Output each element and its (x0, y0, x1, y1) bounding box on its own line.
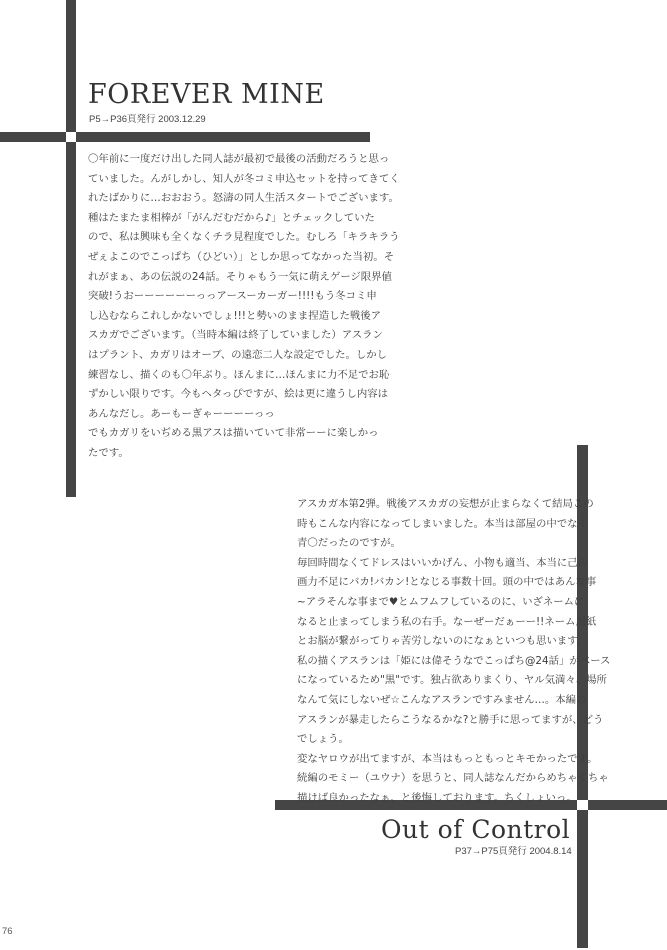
text-line: ~アラそんな事まで♥とムフムフしているのに、いざネームに (297, 593, 610, 613)
section1-subtitle: P5→P36頁発行 2003.12.29 (89, 111, 206, 125)
text-line: ので、私は興味も全くなくチラ見程度でした。むしろ「キラキラう (88, 228, 400, 248)
text-line: 私の描くアスランは「姫には偉そうなでこっぱち@24話」がベース (297, 652, 610, 672)
text-line: ていました。んがしかし、知人が冬コミ申込セットを持ってきてく (88, 170, 400, 190)
text-line: ずかしい限りです。今もヘタっぴですが、絵は更に違うし内容は (88, 385, 400, 405)
page-number: 76 (2, 926, 13, 937)
text-line: 突破!うおーーーーーーっっアースーカーガー!!!!もう冬コミ申 (88, 287, 400, 307)
horizontal-rule-top (0, 132, 370, 142)
text-line: になっているため"黒"です。独占欲ありまくり、ヤル気満々、場所 (297, 671, 610, 691)
section2-subtitle: P37→P75頁発行 2004.8.14 (455, 843, 572, 857)
text-line: でしょう。 (297, 730, 610, 750)
text-line: たです。 (88, 444, 400, 464)
section2-title: Out of Control (381, 815, 570, 844)
section2-body: アスカガ本第2弾。戦後アスカガの妄想が止まらなくて結局この時もこんな内容になって… (297, 495, 610, 809)
text-line: 変なヤロウが出てますが、本当はもっともっとキモかったです。 (297, 750, 610, 770)
text-line: 種はたまたま相棒が「がんだむだから♪」とチェックしていた (88, 209, 400, 229)
rule-intersection-top (66, 132, 76, 142)
vertical-rule-left (66, 0, 76, 497)
section1-title: FOREVER MINE (88, 79, 325, 110)
text-line: 毎回時間なくてドレスはいいかげん、小物も適当、本当に己の (297, 554, 610, 574)
text-line: ぜぇよこのでこっぱち（ひどい）」としか思ってなかった当初。そ (88, 248, 400, 268)
text-line: アスカガ本第2弾。戦後アスカガの妄想が止まらなくて結局この (297, 495, 610, 515)
section1-body: 〇年前に一度だけ出した同人誌が最初で最後の活動だろうと思っていました。んがしかし… (88, 150, 400, 464)
text-line: 描けば良かったなぁ、と後悔しております。ちくしょいっ。 (297, 789, 610, 809)
text-line: でもカガリをいぢめる黒アスは描いていて非常ーーに楽しかっ (88, 424, 400, 444)
text-line: 時もこんな内容になってしまいました。本当は部屋の中でなく (297, 515, 610, 535)
text-line: アスランが暴走したらこうなるかな?と勝手に思ってますが、どう (297, 711, 610, 731)
text-line: なると止まってしまう私の右手。なーぜーだぁーー!!ネーム用紙 (297, 613, 610, 633)
text-line: れがまぁ、あの伝説の24話。そりゃもう一気に萌えゲージ限界値 (88, 268, 400, 288)
text-line: れたばかりに…おおおう。怒濤の同人生活スタートでございます。 (88, 189, 400, 209)
text-line: なんて気にしないぜ☆こんなアスランですみません…。本編の (297, 691, 610, 711)
text-line: 続編のモミー（ユウナ）を思うと、同人誌なんだからめちゃくちゃ (297, 769, 610, 789)
text-line: 練習なし、描くのも〇年ぶり。ほんまに…ほんまに力不足でお恥 (88, 366, 400, 386)
text-line: あんなだし。あーもーぎゃーーーーっっ (88, 405, 400, 425)
text-line: し込むならこれしかないでしょ!!!と勢いのまま捏造した戦後ア (88, 307, 400, 327)
text-line: スカガでございます。（当時本編は終了していました）アスラン (88, 326, 400, 346)
text-line: 〇年前に一度だけ出した同人誌が最初で最後の活動だろうと思っ (88, 150, 400, 170)
text-line: とお脳が繋がってりゃ苦労しないのになぁといつも思います。 (297, 632, 610, 652)
text-line: はプラント、カガリはオーブ、の遠恋二人な設定でした。しかし (88, 346, 400, 366)
text-line: 青〇だったのですが。 (297, 534, 610, 554)
text-line: 画力不足にバカ!バカン!となじる事数十回。頭の中ではあんな事 (297, 573, 610, 593)
